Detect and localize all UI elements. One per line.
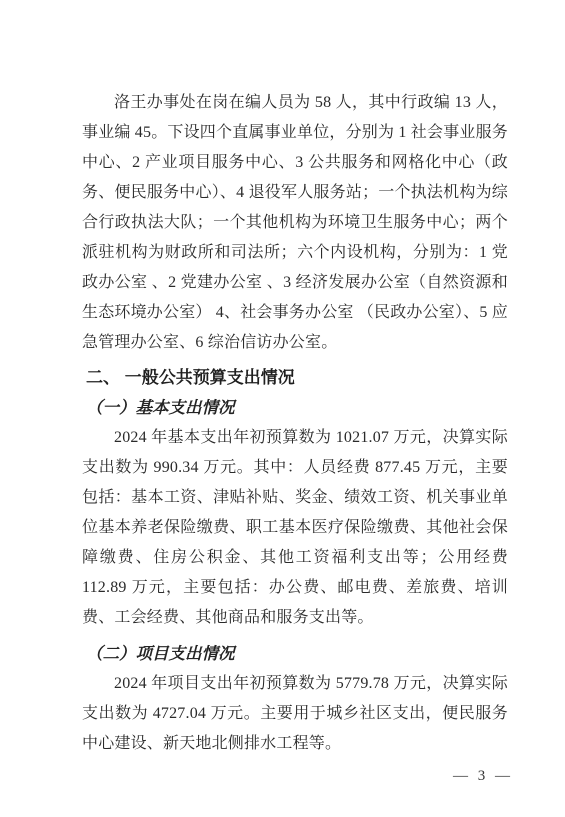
project-expenditure-paragraph: 2024 年项目支出年初预算数为 5779.78 万元，决算实际支出数为 472…	[82, 669, 508, 759]
document-body: 洛王办事处在岗在编人员为 58 人，其中行政编 13 人，事业编 45。下设四个…	[82, 88, 508, 759]
subsection-2-heading: （二）项目支出情况	[86, 639, 508, 669]
intro-paragraph: 洛王办事处在岗在编人员为 58 人，其中行政编 13 人，事业编 45。下设四个…	[82, 88, 508, 358]
section-2-heading: 二、 一般公共预算支出情况	[86, 363, 508, 393]
subsection-1-heading: （一）基本支出情况	[86, 393, 508, 423]
document-page: 洛王办事处在岗在编人员为 58 人，其中行政编 13 人，事业编 45。下设四个…	[0, 0, 565, 817]
basic-expenditure-paragraph: 2024 年基本支出年初预算数为 1021.07 万元，决算实际支出数为 990…	[82, 423, 508, 633]
page-number: — 3 —	[453, 766, 513, 786]
